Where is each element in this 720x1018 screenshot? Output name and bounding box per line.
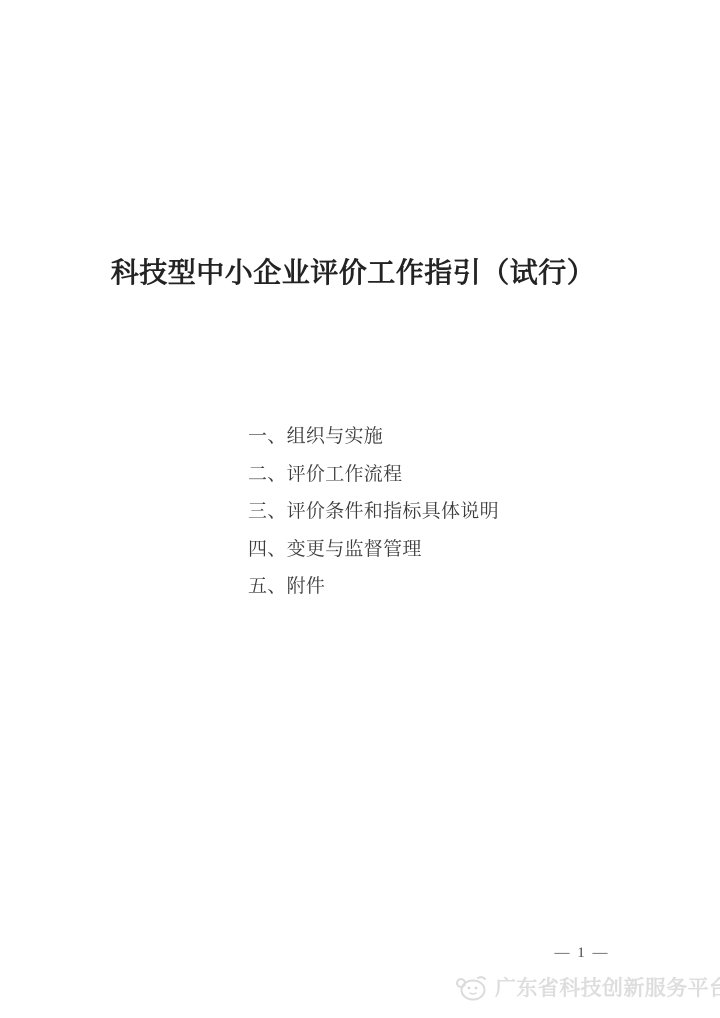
toc-item-1: 一、组织与实施 (248, 418, 499, 456)
toc-item-5: 五、附件 (248, 568, 499, 606)
document-title: 科技型中小企业评价工作指引（试行） (0, 256, 713, 292)
table-of-contents: 一、组织与实施 二、评价工作流程 三、评价条件和指标具体说明 四、变更与监督管理… (248, 418, 499, 606)
mascot-face-icon (452, 971, 490, 1003)
page-number: — 1 — (540, 944, 624, 962)
footer-watermark: 广东省科技创新服务平台 (452, 970, 720, 1004)
document-page: 科技型中小企业评价工作指引（试行） 一、组织与实施 二、评价工作流程 三、评价条… (0, 0, 720, 1018)
toc-item-4: 四、变更与监督管理 (248, 531, 499, 569)
toc-item-3: 三、评价条件和指标具体说明 (248, 493, 499, 531)
platform-name: 广东省科技创新服务平台 (495, 972, 720, 1002)
toc-item-2: 二、评价工作流程 (248, 456, 499, 494)
